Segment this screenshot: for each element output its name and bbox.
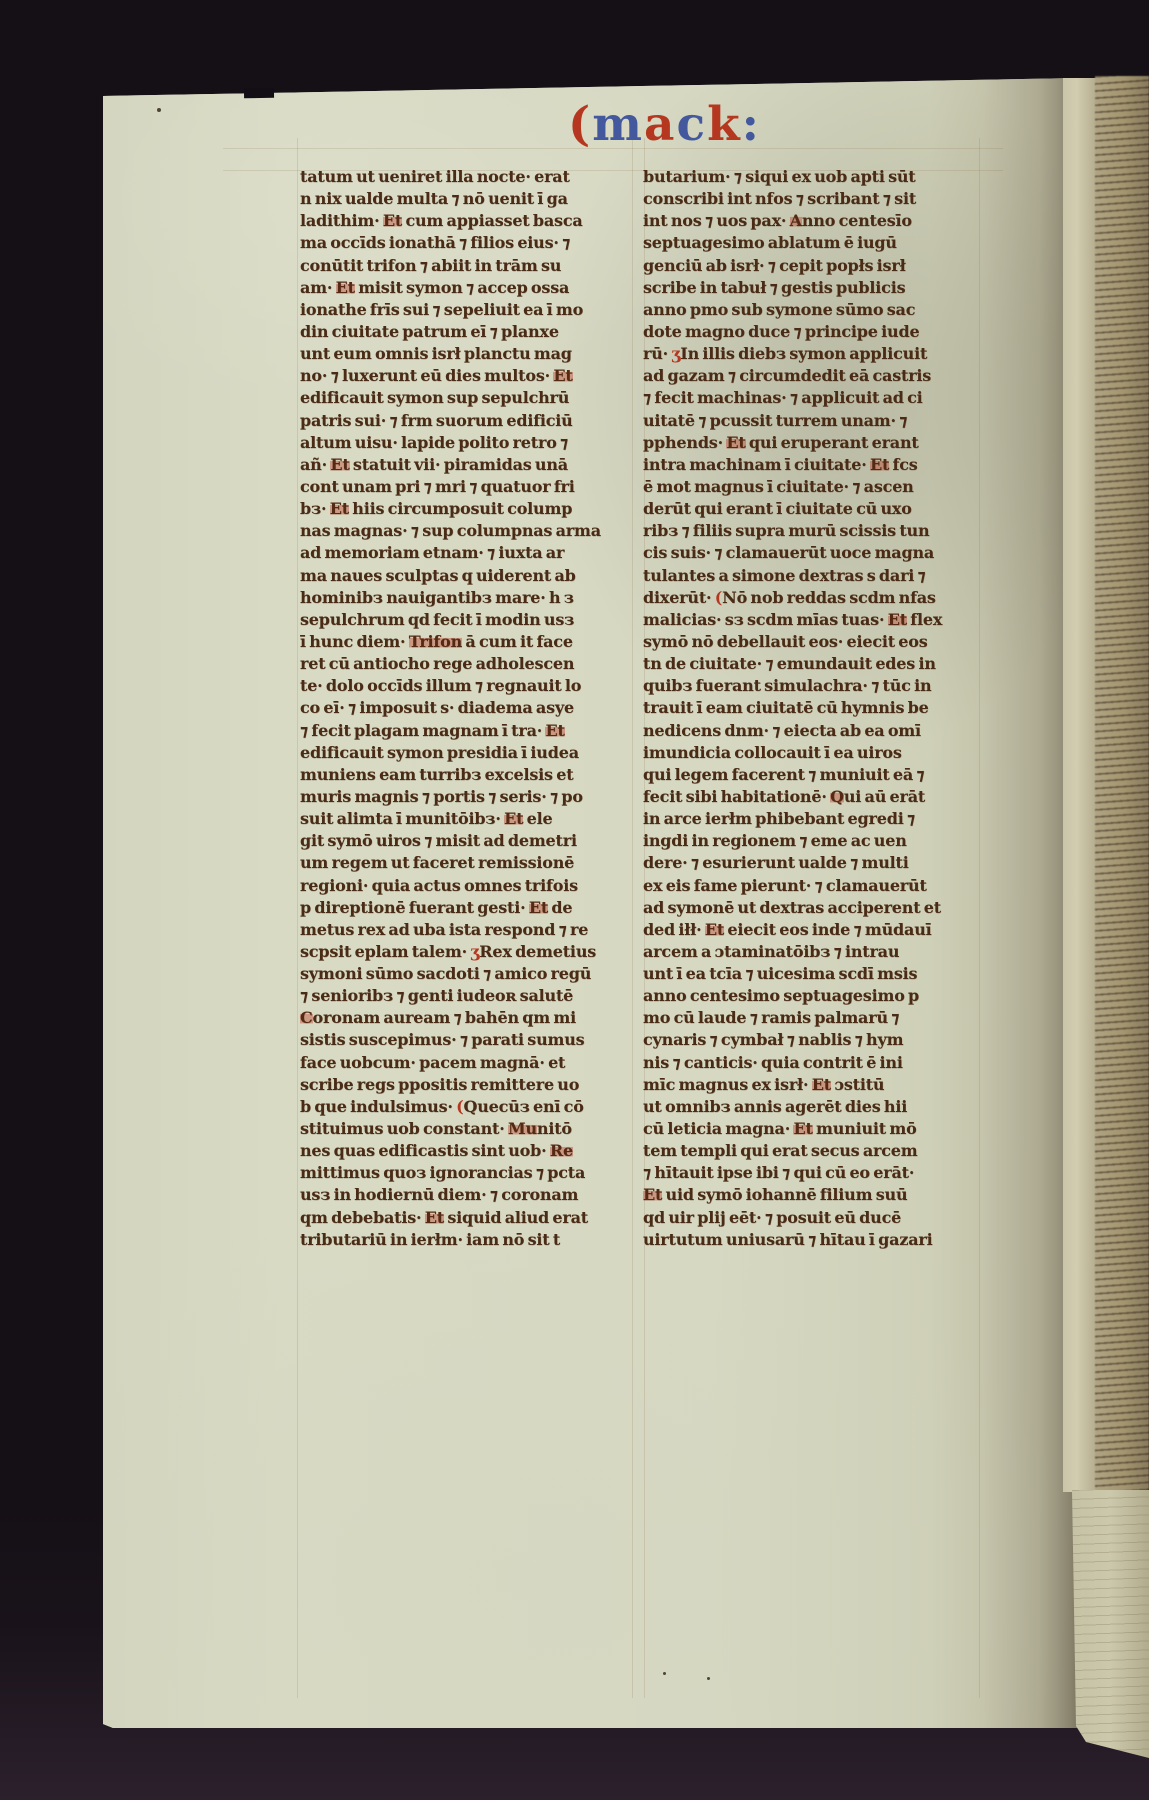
text-segment: Rex demetius <box>479 942 596 961</box>
manuscript-text-line: Et uid symō iohannē filium suū <box>643 1184 988 1206</box>
text-segment: b que indulsimus· <box>300 1097 456 1116</box>
manuscript-text-line: tn de ciuitate· ⁊ emundauit edes in <box>643 653 988 675</box>
rubric-paraph-mark: ʒ <box>470 942 479 961</box>
manuscript-text-line: conscribi int nfos ⁊ scribant ⁊ sit <box>643 188 988 210</box>
text-segment: pphends· <box>643 433 726 452</box>
manuscript-text-line: derūt qui erant ī ciuitate cū uxo <box>643 498 988 520</box>
red-touched-capital: Et <box>870 455 889 474</box>
running-title-letter-blue: c <box>676 97 707 152</box>
manuscript-text-line: dixerūt· (Nō nob reddas scdm nfas <box>643 587 988 609</box>
manuscript-text-line: regioni· quia actus omnes trifois <box>300 875 645 897</box>
manuscript-text-line: din ciuitate patrum eī ⁊ planxe <box>300 321 645 343</box>
text-segment: ladithim· <box>300 211 383 230</box>
manuscript-text-line: dote magno duce ⁊ principe iude <box>643 321 988 343</box>
text-segment: mīc magnus ex isrł· <box>643 1075 812 1094</box>
manuscript-text-line: git symō uiros ⁊ misit ad demetri <box>300 830 645 852</box>
manuscript-text-line: patris sui· ⁊ frm suorum edificiū <box>300 410 645 432</box>
manuscript-text-line: ionathe frīs sui ⁊ sepeliuit ea ī mo <box>300 299 645 321</box>
page-edge-notch <box>244 88 274 99</box>
text-segment: muniuit mō <box>813 1119 917 1138</box>
page-edge-curve <box>1063 78 1097 1492</box>
manuscript-text-line: anno pmo sub symone sūmo sac <box>643 299 988 321</box>
red-touched-capital: Et <box>793 1119 812 1138</box>
red-touched-capital: Et <box>425 1208 444 1227</box>
text-segment: cū leticia magna· <box>643 1119 793 1138</box>
manuscript-text-line: mo cū laude ⁊ ramis palmarū ⁊ <box>643 1007 988 1029</box>
red-touched-capital: Et <box>330 499 349 518</box>
manuscript-text-line: ad gazam ⁊ circumdedit eā castris <box>643 365 988 387</box>
manuscript-text-line: nes quas edificastis sint uob· Re <box>300 1140 645 1162</box>
manuscript-text-line: ⁊ fecit plagam magnam ī tra· Et <box>300 720 645 742</box>
red-touched-capital: Et <box>888 610 907 629</box>
text-segment: suit alimta ī munitōibз· <box>300 809 504 828</box>
stacked-page-edges <box>1072 1490 1149 1758</box>
manuscript-text-line: co eī· ⁊ imposuit s· diadema asye <box>300 697 645 719</box>
text-segment: hiis circumposuit colump <box>349 499 572 518</box>
manuscript-text-line: uitatē ⁊ pcussit turrem unam· ⁊ <box>643 410 988 432</box>
red-touched-capital: Et <box>504 809 523 828</box>
running-title-letter-red: ( <box>568 97 592 152</box>
manuscript-text-line: ded iłł· Et eiecit eos inde ⁊ mūdauī <box>643 919 988 941</box>
text-segment: stituimus uob constant· <box>300 1119 508 1138</box>
text-segment: dixerūt· <box>643 588 715 607</box>
manuscript-text-line: conūtit trifon ⁊ abiit in trām su <box>300 255 645 277</box>
manuscript-text-line: b que indulsimus· (Quecūз enī cō <box>300 1096 645 1118</box>
manuscript-text-line: imundicia collocauit ī ea uiros <box>643 742 988 764</box>
red-touched-capital: Et <box>553 366 572 385</box>
running-title-letter-red: k <box>707 97 742 152</box>
manuscript-text-line: tem templi qui erat secus arcem <box>643 1140 988 1162</box>
manuscript-text-line: ad symonē ut dextras acciperent et <box>643 897 988 919</box>
text-segment: statuit vii· piramidas unā <box>350 455 568 474</box>
manuscript-text-line: edificauit symon sup sepulchrū <box>300 387 645 409</box>
red-touched-capital: Mu <box>508 1119 537 1138</box>
manuscript-text-line: te· dolo occīds illum ⁊ regnauit lo <box>300 675 645 697</box>
text-segment: oronam auream ⁊ bahēn qm mi <box>313 1008 576 1027</box>
text-segment: int nos ⁊ uos pax· <box>643 211 790 230</box>
manuscript-text-line: qd uir plij eēt· ⁊ posuit eū ducē <box>643 1207 988 1229</box>
manuscript-text-line: scpsit eplam talem· ʒRex demetius <box>300 941 645 963</box>
manuscript-text-line: edificauit symon presidia ī iudea <box>300 742 645 764</box>
manuscript-text-line: nas magnas· ⁊ sup columpnas arma <box>300 520 645 542</box>
text-column-left: tatum ut ueniret illa nocte· eratn nix u… <box>300 166 645 1251</box>
red-touched-capital: C <box>300 1008 313 1027</box>
manuscript-text-line: int nos ⁊ uos pax· Anno centesīo <box>643 210 988 232</box>
manuscript-text-line: butarium· ⁊ siqui ex uob apti sūt <box>643 166 988 188</box>
manuscript-text-line: ē mot magnus ī ciuitate· ⁊ ascen <box>643 476 988 498</box>
manuscript-text-line: rū· ʒIn illis diebз symon applicuit <box>643 343 988 365</box>
manuscript-text-line: ribз ⁊ filiis supra murū scissis tun <box>643 520 988 542</box>
text-segment: intra machinam ī ciuitate· <box>643 455 870 474</box>
text-segment: ɔstitū <box>831 1075 884 1094</box>
text-segment: misit symon ⁊ accep ossa <box>355 278 569 297</box>
red-touched-capital: Re <box>550 1141 573 1160</box>
rubric-paraph-mark: ʒ <box>671 344 680 363</box>
manuscript-text-line: scribe regs ppositis remittere uo <box>300 1074 645 1096</box>
next-leaf-fore-edge <box>1095 76 1149 1496</box>
manuscript-text-line: ret cū antiocho rege adholescen <box>300 653 645 675</box>
manuscript-text-line: muniens eam turribз excelsis et <box>300 764 645 786</box>
text-column-right: butarium· ⁊ siqui ex uob apti sūtconscri… <box>643 166 988 1251</box>
text-segment: p direptionē fuerant gesti· <box>300 898 529 917</box>
red-touched-capital: Q <box>830 787 844 806</box>
text-segment: qui eruperant erant <box>746 433 919 452</box>
manuscript-text-line: unt eum omnis isrł planctu mag <box>300 343 645 365</box>
manuscript-text-line: ut omnibз annis agerēt dies hii <box>643 1096 988 1118</box>
manuscript-text-line: mittimus quoз ignorancias ⁊ pcta <box>300 1162 645 1184</box>
text-segment: qm debebatis· <box>300 1208 425 1227</box>
manuscript-text-line: nedicens dnm· ⁊ eiecta ab ea omī <box>643 720 988 742</box>
manuscript-text-line: no· ⁊ luxerunt eū dies multos· Et <box>300 365 645 387</box>
manuscript-text-line: bз· Et hiis circumposuit colump <box>300 498 645 520</box>
manuscript-text-line: scribe in tabuł ⁊ gestis publicis <box>643 277 988 299</box>
manuscript-text-line: p direptionē fuerant gesti· Et de <box>300 897 645 919</box>
manuscript-text-line: qui legem facerent ⁊ muniuit eā ⁊ <box>643 764 988 786</box>
manuscript-text-line: cont unam pri ⁊ mri ⁊ quatuor fri <box>300 476 645 498</box>
manuscript-text-line: fecit sibi habitationē· Qui aū erāt <box>643 786 988 808</box>
manuscript-text-line: dere· ⁊ esurierunt ualde ⁊ multi <box>643 852 988 874</box>
manuscript-text-line: symoni sūmo sacdoti ⁊ amico regū <box>300 963 645 985</box>
red-touched-capital: Et <box>812 1075 831 1094</box>
parchment-speck <box>707 1677 710 1680</box>
text-segment: fecit sibi habitationē· <box>643 787 830 806</box>
red-touched-capital: A <box>790 211 802 230</box>
ruling-line-vertical <box>297 138 298 1698</box>
text-segment: nitō <box>537 1119 572 1138</box>
manuscript-text-line: muris magnis ⁊ portis ⁊ seris· ⁊ po <box>300 786 645 808</box>
manuscript-text-line: unt ī ea tcīa ⁊ uicesima scdī msis <box>643 963 988 985</box>
manuscript-text-line: pphends· Et qui eruperant erant <box>643 432 988 454</box>
red-touched-capital: Et <box>705 920 724 939</box>
manuscript-text-line: sistis suscepimus· ⁊ parati sumus <box>300 1029 645 1051</box>
text-segment: ded iłł· <box>643 920 705 939</box>
red-touched-capital: Et <box>643 1185 662 1204</box>
manuscript-text-line: metus rex ad uba ista respond ⁊ re <box>300 919 645 941</box>
manuscript-text-line: qm debebatis· Et siquid aliud erat <box>300 1207 645 1229</box>
manuscript-text-line: ma naues sculptas q uiderent ab <box>300 565 645 587</box>
parchment-speck <box>663 1672 666 1675</box>
red-touched-capital: Et <box>336 278 355 297</box>
red-touched-capital: Et <box>726 433 745 452</box>
manuscript-text-line: ad memoriam etnam· ⁊ iuxta ar <box>300 542 645 564</box>
manuscript-text-line: ⁊ fecit machinas· ⁊ applicuit ad ci <box>643 387 988 409</box>
manuscript-text-line: um regem ut faceret remissionē <box>300 852 645 874</box>
manuscript-text-line: mīc magnus ex isrł· Et ɔstitū <box>643 1074 988 1096</box>
manuscript-text-line: uirtutum uniusarū ⁊ hītau ī gazari <box>643 1229 988 1251</box>
text-segment: flex <box>907 610 942 629</box>
manuscript-text-line: tulantes a simone dextras s dari ⁊ <box>643 565 988 587</box>
running-title-letter-red: a <box>644 97 676 152</box>
text-segment: scpsit eplam talem· <box>300 942 470 961</box>
manuscript-text-line: ⁊ senioribз ⁊ genti iudeoʀ salutē <box>300 985 645 1007</box>
rubric-paraph-mark: ( <box>456 1097 463 1116</box>
text-segment: rū· <box>643 344 671 363</box>
running-title-letter-blue: m <box>592 97 644 152</box>
text-segment: ī hunc diem· <box>300 632 409 651</box>
manuscript-text-line: ingdi in regionem ⁊ eme ac uen <box>643 830 988 852</box>
text-segment: malicias· sз scdm mīas tuas· <box>643 610 888 629</box>
text-segment: ⁊ fecit plagam magnam ī tra· <box>300 721 545 740</box>
red-touched-capital: Et <box>330 455 349 474</box>
text-segment: bз· <box>300 499 330 518</box>
manuscript-text-line: n nix ualde multa ⁊ nō uenit ī ga <box>300 188 645 210</box>
manuscript-text-line: nis ⁊ canticis· quia contrit ē ini <box>643 1052 988 1074</box>
manuscript-text-line: quibз fuerant simulachra· ⁊ tūc in <box>643 675 988 697</box>
manuscript-text-line: añ· Et statuit vii· piramidas unā <box>300 454 645 476</box>
manuscript-text-line: tributariū in ierłm· iam nō sit t <box>300 1229 645 1251</box>
text-segment: Nō nob reddas scdm nfas <box>722 588 936 607</box>
manuscript-text-line: cū leticia magna· Et muniuit mō <box>643 1118 988 1140</box>
text-segment: fcs <box>889 455 917 474</box>
manuscript-text-line: trauit ī eam ciuitatē cū hymnis be <box>643 697 988 719</box>
manuscript-text-line: usз in hodiernū diem· ⁊ coronam <box>300 1184 645 1206</box>
text-segment: cum appiasset basca <box>402 211 582 230</box>
manuscript-text-line: septuagesimo ablatum ē iugū <box>643 232 988 254</box>
manuscript-text-line: malicias· sз scdm mīas tuas· Et flex <box>643 609 988 631</box>
manuscript-text-line: cis suis· ⁊ clamauerūt uoce magna <box>643 542 988 564</box>
text-segment: siquid aliud erat <box>444 1208 588 1227</box>
red-touched-capital: Et <box>383 211 402 230</box>
manuscript-text-line: arcem a ɔtaminatōibз ⁊ intrau <box>643 941 988 963</box>
manuscript-text-line: altum uisu· lapide polito retro ⁊ <box>300 432 645 454</box>
text-segment: de <box>548 898 572 917</box>
text-segment: uid symō iohannē filium suū <box>662 1185 907 1204</box>
manuscript-text-line: anno centesimo septuagesimo p <box>643 985 988 1007</box>
text-segment: añ· <box>300 455 330 474</box>
manuscript-text-line: ⁊ hītauit ipse ibi ⁊ qui cū eo erāt· <box>643 1162 988 1184</box>
manuscript-text-line: suit alimta ī munitōibз· Et ele <box>300 808 645 830</box>
text-segment: nno centesīo <box>802 211 912 230</box>
text-segment: no· ⁊ luxerunt eū dies multos· <box>300 366 553 385</box>
red-touched-capital: Trifon <box>409 632 462 651</box>
text-segment: Quecūз enī cō <box>464 1097 584 1116</box>
running-title: (mack: <box>568 96 761 158</box>
manuscript-text-line: in arce ierłm phibebant egredi ⁊ <box>643 808 988 830</box>
manuscript-text-line: face uobcum· pacem magnā· et <box>300 1052 645 1074</box>
manuscript-text-line: Coronam auream ⁊ bahēn qm mi <box>300 1007 645 1029</box>
text-segment: nes quas edificastis sint uob· <box>300 1141 550 1160</box>
text-segment: ā cum it face <box>462 632 573 651</box>
manuscript-photo: { "document": { "kind": "medieval manusc… <box>0 0 1149 1800</box>
text-segment: ui aū erāt <box>844 787 925 806</box>
running-title-letter-blue: : <box>742 97 761 152</box>
text-segment: In illis diebз symon applicuit <box>680 344 927 363</box>
manuscript-text-line: hominibз nauigantibз mare· h з <box>300 587 645 609</box>
text-segment: ele <box>523 809 552 828</box>
manuscript-text-line: symō nō debellauit eos· eiecit eos <box>643 631 988 653</box>
manuscript-text-line: stituimus uob constant· Munitō <box>300 1118 645 1140</box>
manuscript-text-line: ladithim· Et cum appiasset basca <box>300 210 645 232</box>
manuscript-text-line: ex eis fame pierunt· ⁊ clamauerūt <box>643 875 988 897</box>
manuscript-text-line: sepulchrum qd fecit ī modin usз <box>300 609 645 631</box>
manuscript-text-line: genciū ab isrł· ⁊ cepit popłs isrł <box>643 255 988 277</box>
text-segment: eiecit eos inde ⁊ mūdauī <box>724 920 931 939</box>
manuscript-text-line: ma occīds ionathā ⁊ filios eius· ⁊ <box>300 232 645 254</box>
manuscript-text-line: cynaris ⁊ cymbał ⁊ nablis ⁊ hym <box>643 1029 988 1051</box>
red-touched-capital: Et <box>545 721 564 740</box>
manuscript-text-line: ī hunc diem· Trifon ā cum it face <box>300 631 645 653</box>
manuscript-text-line: intra machinam ī ciuitate· Et fcs <box>643 454 988 476</box>
text-segment: am· <box>300 278 336 297</box>
parchment-speck <box>157 108 161 112</box>
red-touched-capital: Et <box>529 898 548 917</box>
manuscript-text-line: am· Et misit symon ⁊ accep ossa <box>300 277 645 299</box>
manuscript-text-line: tatum ut ueniret illa nocte· erat <box>300 166 645 188</box>
